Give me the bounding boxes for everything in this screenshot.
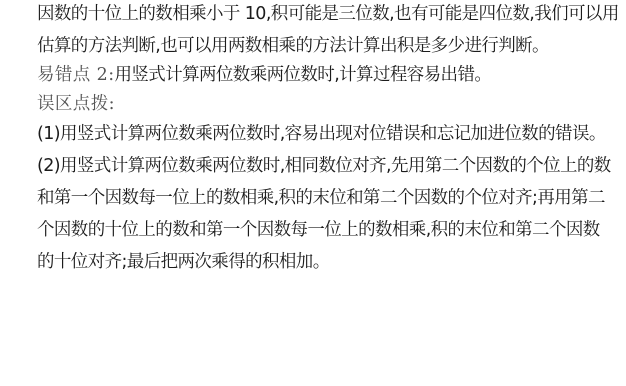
tip-1-line: (1)用竖式计算两位数乘两位数时,容易出现对位错误和忘记加进位数的错误。	[37, 123, 606, 145]
paragraph-line-1: 因数的十位上的数相乘小于 10,积可能是三位数,也有可能是四位数,我们可以用	[37, 3, 619, 25]
error-point-label: 易错点 2:	[37, 65, 115, 85]
misconception-tips-heading: 误区点拨:	[37, 93, 115, 115]
tip-2-line-1: (2)用竖式计算两位数乘两位数时,相同数位对齐,先用第二个因数的个位上的数	[37, 155, 611, 177]
error-point-2: 易错点 2:用竖式计算两位数乘两位数时,计算过程容易出错。	[37, 64, 491, 86]
tip-2-line-4: 的十位对齐;最后把两次乘得的积相加。	[37, 251, 330, 273]
tip-2-line-2: 和第一个因数每一位上的数相乘,积的末位和第二个因数的个位对齐;再用第二	[37, 187, 605, 209]
tip-2-line-3: 个因数的十位上的数和第一个因数每一位上的数相乘,积的末位和第二个因数	[37, 219, 600, 241]
paragraph-line-2: 估算的方法判断,也可以用两数相乘的方法计算出积是多少进行判断。	[37, 35, 549, 57]
error-point-text: 用竖式计算两位数乘两位数时,计算过程容易出错。	[115, 65, 492, 85]
